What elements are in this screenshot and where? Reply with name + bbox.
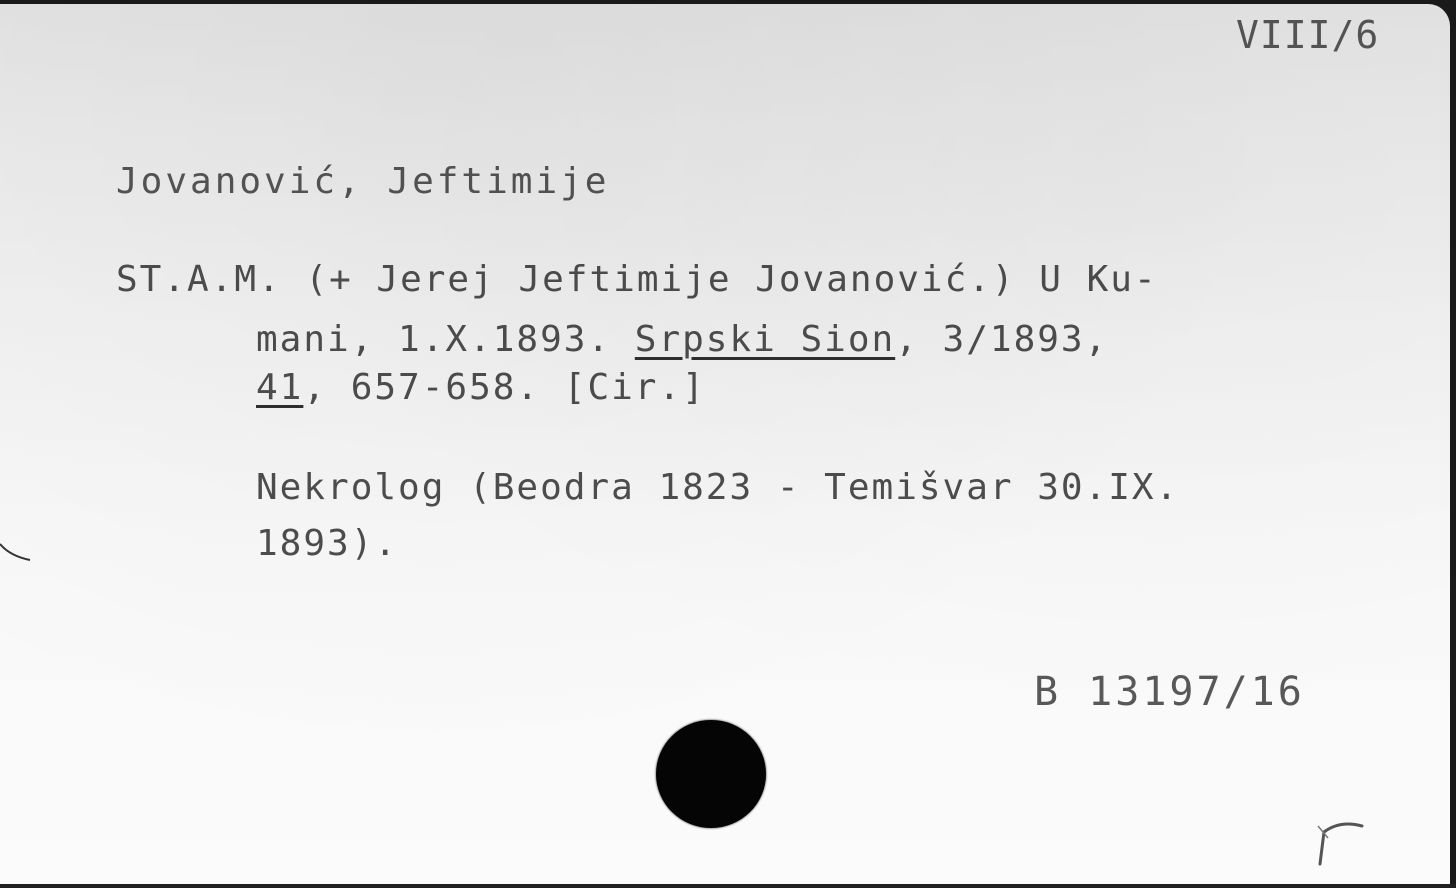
volume-number: 41	[256, 367, 303, 408]
journal-issue: , 3/1893,	[895, 319, 1108, 360]
citation-line-3: 41, 657-658. [Cir.]	[256, 370, 706, 406]
note-line-2: 1893).	[256, 526, 398, 562]
card-bottom-edge	[0, 884, 1456, 888]
citation-date: mani, 1.X.1893.	[256, 319, 635, 360]
page-range: , 657-658. [Cir.]	[303, 367, 705, 408]
citation-line-2: mani, 1.X.1893. Srpski Sion, 3/1893,	[256, 322, 1108, 358]
accession-number: B 13197/16	[1034, 672, 1305, 712]
catalog-card: VIII/6 Jovanović, Jeftimije ST.A.M. (+ J…	[0, 4, 1450, 884]
pencil-stroke-icon	[0, 540, 40, 564]
call-number: VIII/6	[1236, 16, 1379, 54]
author-heading: Jovanović, Jeftimije	[116, 164, 609, 200]
citation-line-1: ST.A.M. (+ Jerej Jeftimije Jovanović.) U…	[116, 262, 1158, 298]
check-mark-icon	[1310, 812, 1370, 872]
note-line-1: Nekrolog (Beodra 1823 - Temišvar 30.IX.	[256, 470, 1179, 506]
journal-title: Srpski Sion	[635, 319, 895, 360]
punch-hole-icon	[656, 720, 766, 828]
